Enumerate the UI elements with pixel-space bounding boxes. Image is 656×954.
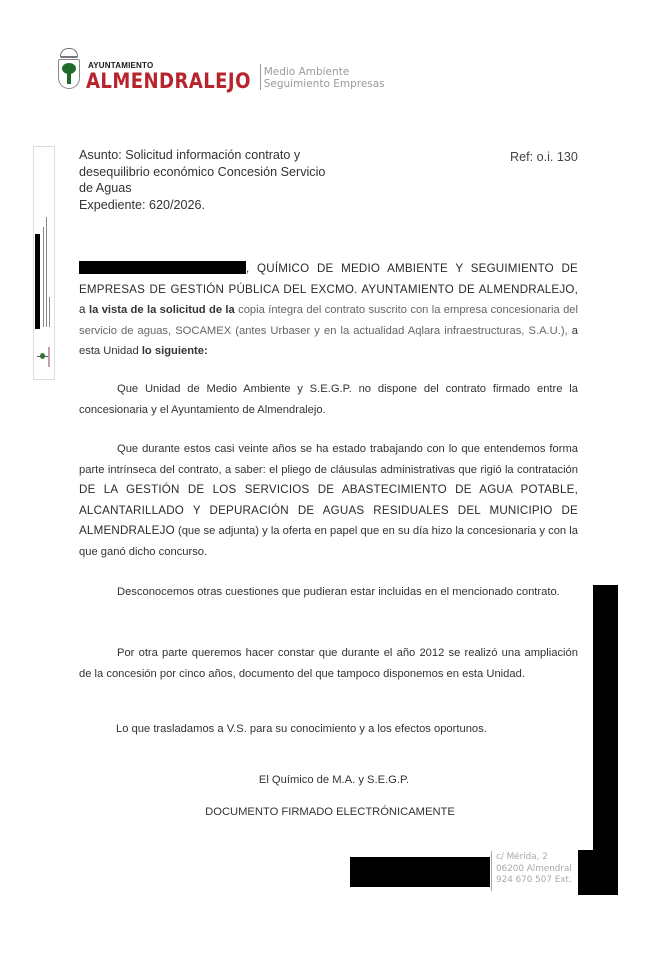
paragraph-twenty-years: Que durante estos casi veinte años se ha… [79, 439, 578, 562]
coat-of-arms-icon [56, 48, 82, 92]
subject-line: desequilibrio económico Concesión Servic… [79, 164, 325, 181]
paragraph-intro: , QUÍMICO DE MEDIO AMBIENTE Y SEGUIMIENT… [79, 259, 578, 362]
address-line: c/ Mérida, 2 [496, 852, 578, 864]
verification-text [46, 217, 47, 327]
signature-note: DOCUMENTO FIRMADO ELECTRÓNICAMENTE [2, 806, 656, 818]
subject-line: de Aguas [79, 180, 325, 197]
department-name: Medio Ambiente Seguimiento Empresas [264, 66, 385, 90]
redacted-footer [350, 857, 490, 887]
redacted-name [79, 261, 246, 274]
small-logo-mark [48, 347, 50, 367]
intro-bold: la vista de la solicitud de la [89, 304, 235, 316]
expediente-number: Expediente: 620/2026. [79, 197, 325, 214]
paragraph-unknown: Desconocemos otras cuestiones que pudier… [79, 582, 578, 603]
verification-text [43, 227, 44, 327]
footer-address: c/ Mérida, 2 06200 Almendral 924 670 507… [496, 852, 578, 887]
subject-block: Asunto: Solicitud información contrato y… [79, 147, 325, 213]
letterhead: AYUNTAMIENTO ALMENDRALEJO Medio Ambiente… [56, 44, 385, 92]
header-divider [260, 64, 261, 90]
paragraph-text: Desconocemos otras cuestiones que pudier… [79, 582, 578, 603]
small-crest-icon [37, 353, 47, 361]
redaction-bar [35, 234, 40, 329]
closing-line: Lo que trasladamos a V.S. para su conoci… [116, 723, 487, 735]
phone-number: 924 670 507 Ext. [496, 875, 578, 887]
address-line: 06200 Almendral [496, 864, 578, 876]
paragraph-text: Por otra parte queremos hacer constar qu… [79, 643, 578, 684]
verification-text [49, 297, 50, 327]
city-logo: AYUNTAMIENTO ALMENDRALEJO [86, 62, 278, 92]
logo-city-name: ALMENDRALEJO [86, 71, 251, 92]
signer-title: El Químico de M.A. y S.E.G.P. [6, 774, 656, 786]
redaction-bar [578, 850, 618, 895]
paragraph-no-contract: Que Unidad de Medio Ambiente y S.E.G.P. … [79, 379, 578, 420]
electronic-signature-strip [33, 146, 55, 380]
paragraph-extension: Por otra parte queremos hacer constar qu… [79, 643, 578, 684]
redaction-bar [593, 585, 618, 851]
subject-line: Asunto: Solicitud información contrato y [79, 147, 325, 164]
dept-line-1: Medio Ambiente [264, 66, 385, 78]
intro-end-bold: lo siguiente: [139, 345, 208, 357]
reference-number: Ref: o.i. 130 [510, 150, 578, 164]
dept-line-2: Seguimiento Empresas [264, 78, 385, 90]
footer-divider [491, 851, 492, 891]
paragraph-text: Que Unidad de Medio Ambiente y S.E.G.P. … [79, 379, 578, 420]
paragraph-text: Que durante estos casi veinte años se ha… [79, 443, 578, 476]
